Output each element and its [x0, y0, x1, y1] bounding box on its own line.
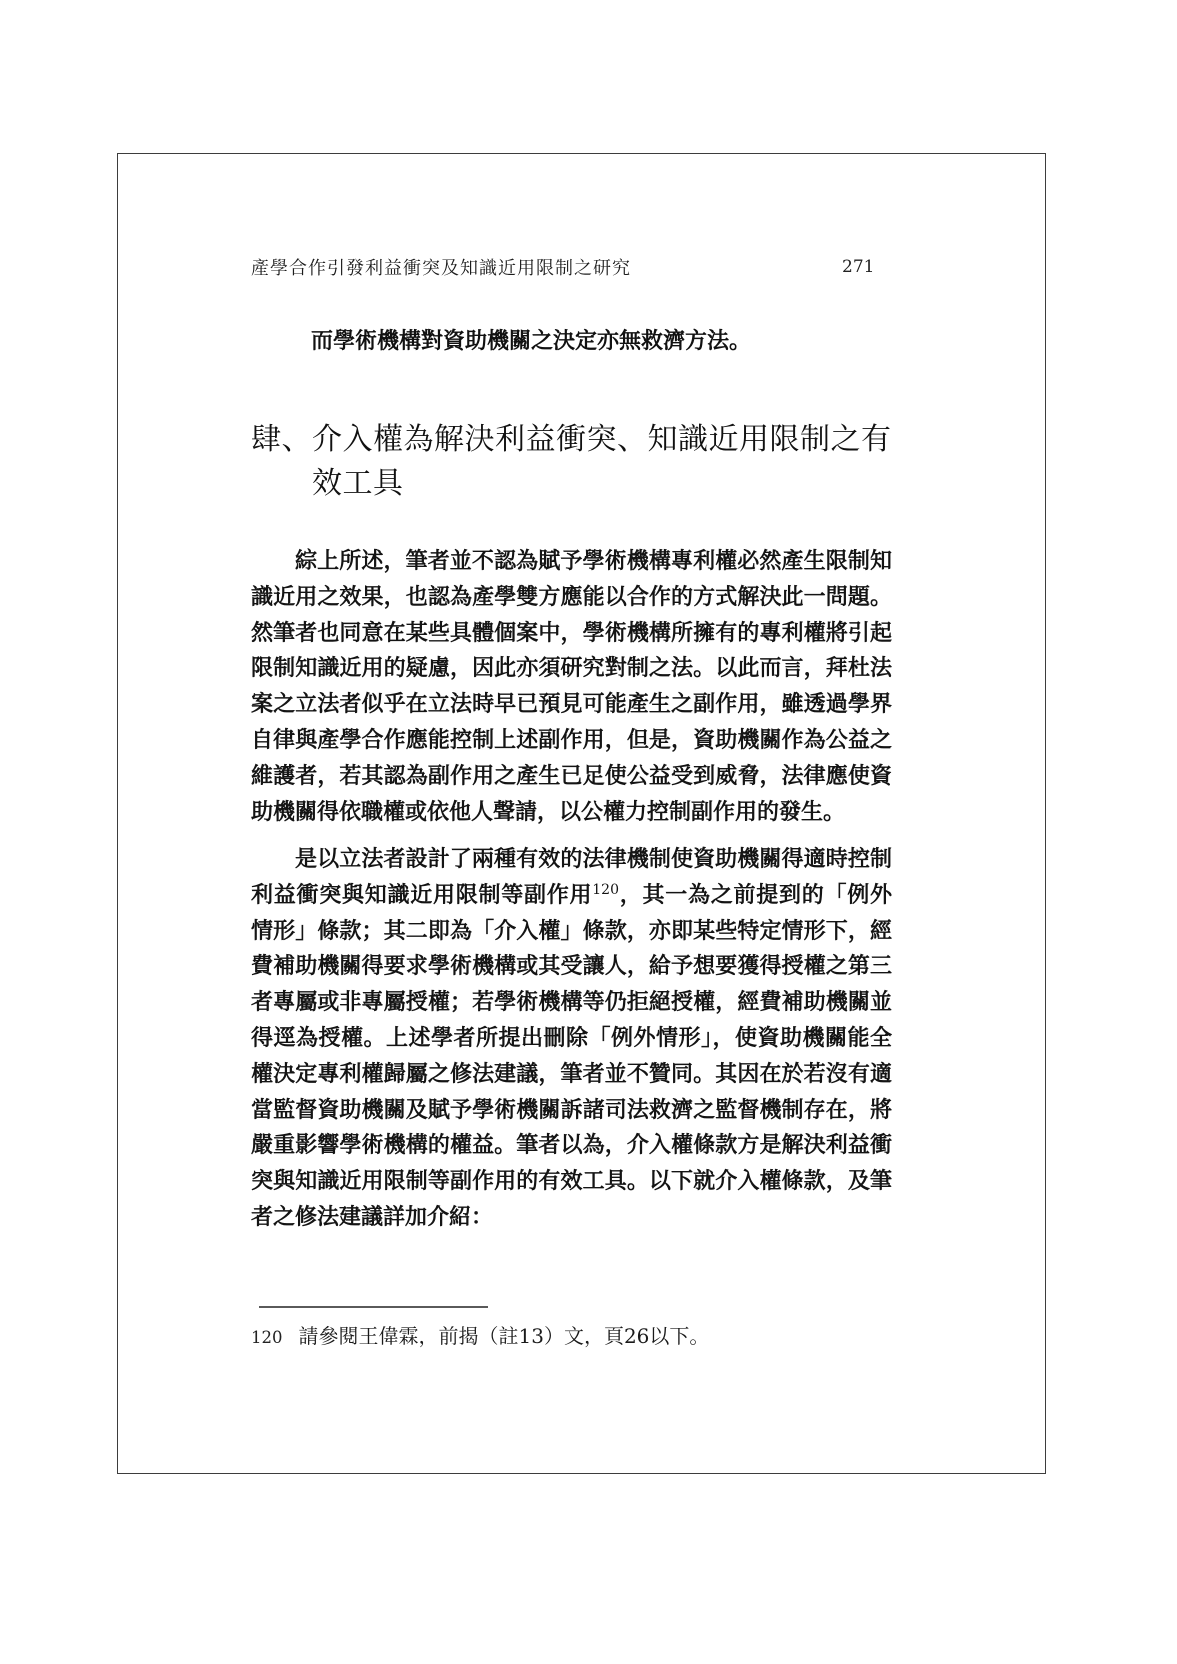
section-heading: 肆、介入權為解決利益衝突、知識近用限制之有 效工具 — [251, 418, 931, 506]
footnote-number: 120 — [251, 1328, 283, 1347]
section-heading-line2: 效工具 — [312, 462, 931, 506]
footnote-text: 請參閱王偉霖，前揭（註13）文，頁26以下。 — [299, 1324, 710, 1348]
running-header-title: 產學合作引發利益衝突及知識近用限制之研究 — [251, 254, 631, 280]
footnote-reference-120: 120 — [592, 882, 619, 898]
quote-closing-line: 而學術機構對資助機關之決定亦無救濟方法。 — [311, 324, 751, 355]
section-heading-line1: 肆、介入權為解決利益衝突、知識近用限制之有 — [251, 418, 931, 462]
body-paragraph-1: 綜上所述，筆者並不認為賦予學術機構專利權必然產生限制知識近用之效果，也認為產學雙… — [251, 543, 892, 829]
page-border: 產學合作引發利益衝突及知識近用限制之研究 271 而學術機構對資助機關之決定亦無… — [117, 153, 1046, 1474]
body-paragraph-2: 是以立法者設計了兩種有效的法律機制使資助機關得適時控制利益衝突與知識近用限制等副… — [251, 841, 892, 1235]
footnote-separator-rule — [259, 1306, 488, 1308]
scanned-document-page: { "document_title": "產學合作引發利益衝突及知識近用限制之研… — [0, 0, 1177, 1664]
footnote: 120請參閱王偉霖，前揭（註13）文，頁26以下。 — [251, 1320, 709, 1349]
page-number: 271 — [842, 257, 874, 277]
paragraph-2-text-after-footnote-ref: ，其一為之前提到的「例外情形」條款；其二即為「介入權」條款，亦即某些特定情形下，… — [251, 882, 892, 1229]
